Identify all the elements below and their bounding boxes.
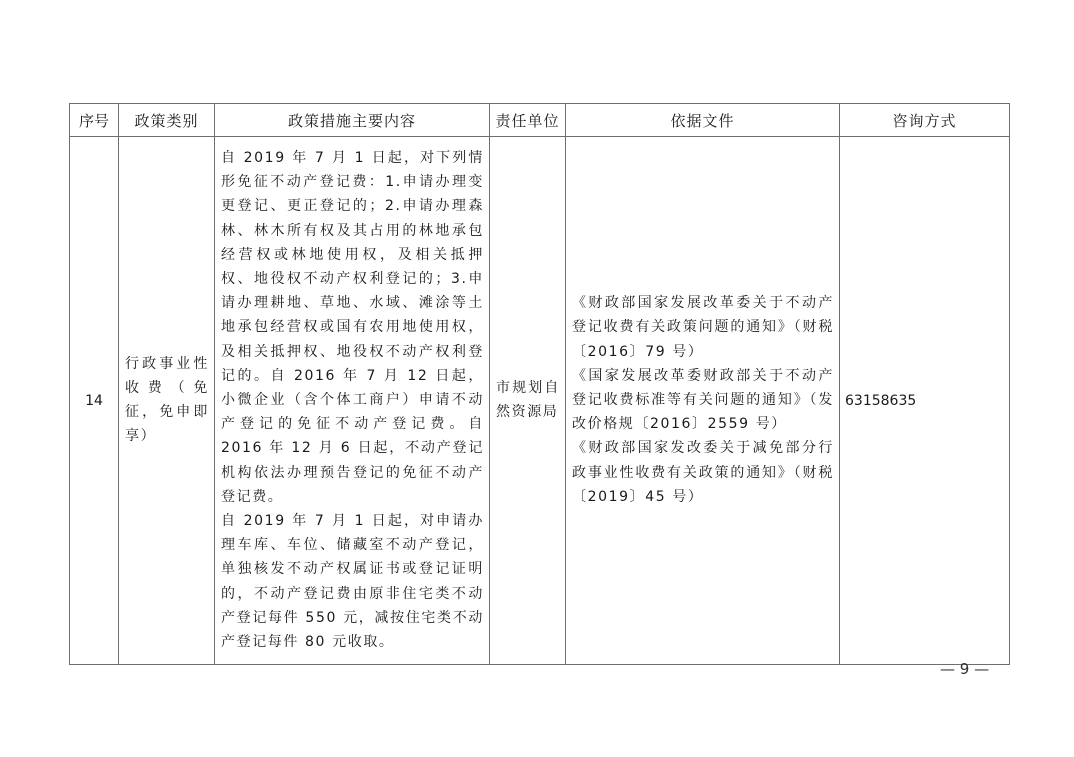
responsible-unit-cell: 市规划自然资源局: [490, 137, 566, 665]
policy-content-cell: 自 2019 年 7 月 1 日起，对下列情形免征不动产登记费：1.申请办理变更…: [215, 137, 490, 665]
header-contact: 咨询方式: [840, 104, 1010, 137]
table-header-row: 序号 政策类别 政策措施主要内容 责任单位 依据文件 咨询方式: [70, 104, 1010, 137]
page-number: — 9 —: [940, 660, 989, 678]
basis-documents-cell: 《财政部国家发展改革委关于不动产登记收费有关政策问题的通知》（财税〔2016〕7…: [566, 137, 840, 665]
header-policy-category: 政策类别: [119, 104, 215, 137]
policy-category-cell: 行政事业性收费（免征，免申即享）: [119, 137, 215, 665]
policy-content-paragraph: 自 2019 年 7 月 1 日起，对下列情形免征不动产登记费：1.申请办理变更…: [221, 146, 484, 509]
serial-no-cell: 14: [70, 137, 119, 665]
basis-document-item: 《财政部国家发改委关于减免部分行政事业性收费有关政策的通知》（财税〔2019〕4…: [572, 436, 834, 509]
policy-content-paragraph: 自 2019 年 7 月 1 日起，对申请办理车库、车位、储藏室不动产登记，单独…: [221, 509, 484, 654]
header-serial-no: 序号: [70, 104, 119, 137]
table-row: 14 行政事业性收费（免征，免申即享） 自 2019 年 7 月 1 日起，对下…: [70, 137, 1010, 665]
header-responsible-unit: 责任单位: [490, 104, 566, 137]
basis-document-item: 《国家发展改革委财政部关于不动产登记收费标准等有关问题的通知》（发改价格规〔20…: [572, 364, 834, 437]
responsible-unit-text: 市规划自然资源局: [496, 376, 560, 424]
policy-category-text: 行政事业性收费（免征，免申即享）: [125, 352, 209, 449]
header-policy-content: 政策措施主要内容: [215, 104, 490, 137]
policy-table: 序号 政策类别 政策措施主要内容 责任单位 依据文件 咨询方式 14 行政事业性…: [69, 103, 1010, 665]
basis-document-item: 《财政部国家发展改革委关于不动产登记收费有关政策问题的通知》（财税〔2016〕7…: [572, 291, 834, 364]
header-basis-documents: 依据文件: [566, 104, 840, 137]
contact-phone-cell: 63158635: [840, 137, 1010, 665]
